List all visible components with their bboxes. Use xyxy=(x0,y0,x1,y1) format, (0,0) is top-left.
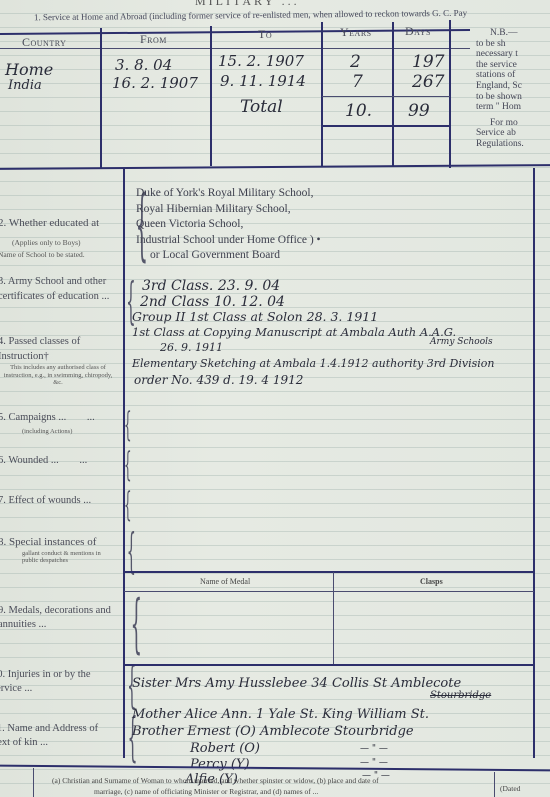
section-8-sub: gallant conduct & mentions in public des… xyxy=(22,550,117,564)
col-divider xyxy=(210,26,212,166)
medals-header-clasps: Clasps xyxy=(420,577,443,586)
education-entry: 3rd Class. 23. 9. 04 xyxy=(142,278,280,294)
section-2-sub2: Name of School to be stated. xyxy=(0,250,85,259)
footer-line2: marriage, (c) name of officiating Minist… xyxy=(94,787,318,796)
nb-line: For mo xyxy=(476,118,524,129)
brace: { xyxy=(131,592,142,656)
ditto-mark: — " — xyxy=(360,758,388,768)
brace: { xyxy=(124,408,132,442)
col-divider xyxy=(449,20,451,168)
education-entry: Army Schools xyxy=(430,337,493,347)
header-days: Days xyxy=(405,24,431,39)
section-7-label: 7. Effect of wounds ... xyxy=(0,495,91,506)
nb-line: necessary t xyxy=(476,49,524,60)
nb-line: England, Sc xyxy=(476,81,524,92)
header-from: From xyxy=(140,32,167,47)
nb-line: Service ab xyxy=(476,128,524,139)
next-of-kin-entry: Sister Mrs Amy Husslebee 34 Collis St Am… xyxy=(132,676,461,691)
nb-line: to be shown xyxy=(476,92,524,103)
row1-years: 2 xyxy=(350,52,361,72)
header-bottom-rule xyxy=(0,48,470,49)
nb-note: N.B.— to be sh necessary t the service s… xyxy=(476,28,524,150)
header-to: To xyxy=(258,27,272,42)
col-divider xyxy=(392,22,394,166)
education-entry: 2nd Class 10. 12. 04 xyxy=(140,294,285,310)
row2-days: 267 xyxy=(412,72,444,92)
brace: { xyxy=(124,488,132,522)
nb-line: the service xyxy=(476,60,524,71)
nb-line: stations of xyxy=(476,70,524,81)
school-item: or Local Government Board xyxy=(136,248,321,264)
row2-country: India xyxy=(8,78,42,93)
next-of-kin-entry: Brother Ernest (O) Amblecote Stourbridge xyxy=(132,724,414,739)
medals-bottom-rule xyxy=(124,664,534,666)
education-entry: 26. 9. 1911 xyxy=(160,341,223,354)
section-5-label: 5. Campaigns ... ... xyxy=(0,412,95,423)
next-of-kin-entry: Percy (Y) xyxy=(190,757,250,772)
medals-col-divider xyxy=(333,572,334,664)
section-4-label: 4. Passed classes of Instruction† xyxy=(0,334,116,364)
brace: { xyxy=(124,448,132,482)
brace: { xyxy=(127,527,136,575)
row2-years: 7 xyxy=(352,72,363,92)
section-2-label: 2. Whether educated at xyxy=(0,217,99,229)
row1-country: Home xyxy=(5,60,53,79)
header-years: Years xyxy=(340,25,372,40)
nb-line: term " Hom xyxy=(476,102,524,113)
col-divider xyxy=(321,22,323,166)
education-entry: 1st Class at Copying Manuscript at Ambal… xyxy=(132,325,456,339)
nb-line: N.B.— xyxy=(476,28,524,39)
total-top-rule xyxy=(322,96,450,97)
row2-to: 9. 11. 1914 xyxy=(220,72,306,90)
next-of-kin-entry: Mother Alice Ann. 1 Yale St. King Willia… xyxy=(132,707,429,722)
school-item: Queen Victoria School, xyxy=(136,217,321,233)
header-country: Country xyxy=(22,35,66,50)
school-item: Industrial School under Home Office xyxy=(136,234,307,246)
ditto-mark: — " — xyxy=(360,744,388,754)
school-item: Royal Hibernian Military School, xyxy=(136,202,321,218)
row1-days: 197 xyxy=(412,52,444,72)
medals-top-rule xyxy=(124,571,534,573)
total-years: 10. xyxy=(345,101,372,121)
footer-left-rule xyxy=(33,768,34,797)
medals-header-name: Name of Medal xyxy=(200,577,250,586)
total-days: 99 xyxy=(408,101,430,121)
col-divider xyxy=(100,28,102,168)
header-partial: MILITARY ... xyxy=(195,0,300,9)
education-entry: Group II 1st Class at Solon 28. 3. 1911 xyxy=(132,309,378,324)
total-label: Total xyxy=(240,97,283,117)
section-9-label: 9. Medals, decorations and annuities ... xyxy=(0,604,116,632)
education-entry: Elementary Sketching at Ambala 1.4.1912 … xyxy=(132,357,494,370)
row2-from: 16. 2. 1907 xyxy=(112,74,198,92)
next-of-kin-entry: Robert (O) xyxy=(190,741,260,756)
main-right-rule xyxy=(533,168,535,758)
footer-line1: (a) Christian and Surname of Woman to wh… xyxy=(52,776,379,785)
next-of-kin-entry: Stourbridge xyxy=(430,690,491,701)
footer-right-rule xyxy=(494,772,495,797)
section-2-sub1: (Applies only to Boys) xyxy=(12,238,81,247)
section-8-label: 8. Special instances of xyxy=(0,536,96,548)
schools-list: Duke of York's Royal Military School, Ro… xyxy=(136,186,321,264)
section-6-label: 6. Wounded ... ... xyxy=(0,455,87,466)
row1-from: 3. 8. 04 xyxy=(115,56,172,74)
nb-line: Regulations. xyxy=(476,139,524,150)
row1-to: 15. 2. 1907 xyxy=(218,52,304,70)
school-item: Duke of York's Royal Military School, xyxy=(136,186,321,202)
footer-side: (Dated xyxy=(500,784,520,793)
education-entry: order No. 439 d. 19. 4 1912 xyxy=(134,373,303,387)
section-11-label: 11. Name and Address of next of kin ... xyxy=(0,722,116,750)
medals-header-rule xyxy=(124,591,534,592)
nb-line: to be sh xyxy=(476,39,524,50)
section-5-sub: (including Actions) xyxy=(22,428,72,435)
total-bottom-rule xyxy=(322,125,450,127)
brace-mark: ) • xyxy=(310,234,321,246)
section-4-sub: This includes any authorised class of in… xyxy=(2,364,114,387)
section-10-label: 10. Injuries in or by the service ... xyxy=(0,668,116,696)
section-3-label: 3. Army School and other certificates of… xyxy=(0,274,116,304)
